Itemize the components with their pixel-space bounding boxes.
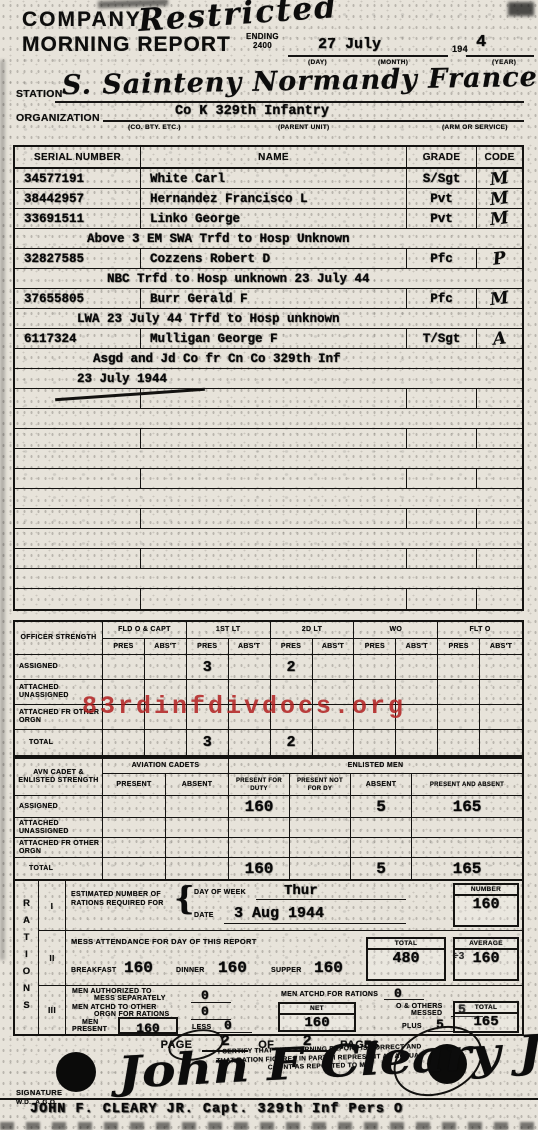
roster-row: 32827585 Cozzens Robert D Pfc P [15,249,522,269]
code-value: M [489,207,510,229]
column-group-flt-o: FLT O [438,622,522,639]
roster-row: 33691511 Linko George Pvt M [15,209,522,229]
number-label: NUMBER [455,885,517,896]
breakfast-value: 160 [124,959,153,977]
present-and-absent-header: PRESENT AND ABSENT [412,774,522,796]
enlisted-assigned-absent: 5 [351,796,412,818]
roster-remark-row: Above 3 EM SWA Trfd to Hosp Unknown [15,229,522,249]
org-sub-label-2: (PARENT UNIT) [278,124,329,131]
officer-assigned-1stlt-pres: 3 [187,655,229,680]
soldier-name: Hernandez Francisco L [150,192,308,206]
soldier-name: Burr Gerald F [150,292,248,306]
rations-part-ii-label: II [39,931,66,986]
empty-roster-row [15,409,522,429]
typed-signature-name: JOHN F. CLEARY JR. Capt. 329th Inf Pers … [30,1102,403,1117]
empty-roster-row [15,489,522,509]
supper-value: 160 [314,959,343,977]
site-watermark: 83rdinfdivdocs.org [82,692,406,721]
empty-roster-row [15,509,522,529]
net-label: NET [280,1004,354,1015]
roster-row: 38442957 Hernandez Francisco L Pvt M [15,189,522,209]
roster-remark-row: LWA 23 July 44 Trfd to Hosp unknown [15,309,522,329]
breakfast-label: BREAKFAST [71,967,116,975]
code-header: CODE [477,152,522,163]
ending-label-line2: 2400 [246,41,279,50]
enlisted-total-absent: 5 [351,858,412,879]
rations-date-value: 3 Aug 1944 [234,905,324,922]
roster-row: 34577191 White Carl S/Sgt M [15,169,522,189]
roster-header-row: SERIAL NUMBER NAME GRADE CODE [15,147,522,169]
serial-number: 6117324 [24,332,77,346]
organization-value: Co K 329th Infantry [175,104,329,119]
row-label-attached-unassigned: ATTACHED UNASSIGNED [15,818,103,838]
empty-roster-row [15,589,522,609]
date-label: DATE [194,912,214,920]
day-of-week-value: Thur [284,883,318,899]
enlisted-strength-table: AVN CADET & ENLISTED STRENGTH AVIATION C… [13,757,524,881]
number-box: NUMBER 160 [453,883,519,927]
empty-roster-row [15,469,522,489]
ending-label-line1: ENDING [246,32,279,41]
name-header: NAME [141,152,406,163]
mess-total-value: 480 [368,950,444,967]
soldier-name: White Carl [150,172,225,186]
remark-line: LWA 23 July 44 Trfd to Hosp unknown [15,312,340,326]
empty-roster-row [15,389,522,409]
grade-header: GRADE [407,152,476,163]
scan-smudge [508,2,534,16]
serial-number: 37655805 [24,292,84,306]
column-group-wo: WO [354,622,438,639]
signature-label: SIGNATURE [16,1088,62,1097]
year-prefix: 194 [452,44,468,54]
brace-glyph: { [174,879,195,917]
remark-line: Asgd and Jd Co fr Cn Co 329th Inf [15,352,341,366]
station-label: STATION [16,88,63,100]
abst-header: ABS'T [229,639,271,655]
org-sub-label-1: (CO. BTY. ETC.) [128,124,181,131]
rations-part-i: ESTIMATED NUMBER OF RATIONS REQUIRED FOR… [66,881,522,931]
mess-attendance-label: MESS ATTENDANCE FOR DAY OF THIS REPORT [71,937,257,946]
roster-remark-row: NBC Trfd to Hosp unknown 23 July 44 [15,269,522,289]
rations-part-i-label: I [39,881,66,931]
row-label-assigned: ASSIGNED [15,655,103,680]
empty-roster-row [15,529,522,549]
column-group-1st-lt: 1ST LT [187,622,271,639]
officer-total-1stlt-pres: 3 [187,730,229,755]
soldier-name: Mulligan George F [150,332,278,346]
form-title-line1: COMPANY [22,8,142,32]
enlisted-total-present-and-absent: 165 [412,858,522,879]
serial-number: 38442957 [24,192,84,206]
grade-value: Pfc [430,252,453,266]
absent-header: ABSENT [351,774,412,796]
grade-value: Pvt [430,212,453,226]
roster-remark-row: 23 July 1944 [15,369,522,389]
abst-header: ABS'T [145,639,187,655]
serial-number: 34577191 [24,172,84,186]
scan-edge [0,60,5,960]
net-value: 160 [280,1015,354,1031]
pres-header: PRES [271,639,313,655]
abst-header: ABS'T [313,639,355,655]
soldier-name: Linko George [150,212,240,226]
dow-underline [256,899,406,900]
atchd-for-rations-label: MEN ATCHD FOR RATIONS [281,991,378,999]
less-value: 0 [224,1018,232,1033]
roster-row: 37655805 Burr Gerald F Pfc M [15,289,522,309]
empty-roster-row [15,549,522,569]
present-not-for-duty-header: PRESENT NOT FOR DY [290,774,351,796]
mess-total-box: TOTAL 480 [366,937,446,981]
enlisted-assigned-present-for-duty: 160 [229,796,290,818]
signature-rule [0,1098,538,1100]
scan-bottom-smudge [0,1122,538,1130]
report-day-month: 27 July [318,36,381,53]
officer-total-2dlt-pres: 2 [271,730,313,755]
pres-header: PRES [354,639,396,655]
ending-label: ENDING 2400 [246,32,279,50]
row-label-total: TOTAL [15,730,103,755]
pres-header: PRES [187,639,229,655]
men-present-box: 160 [118,1017,178,1034]
average-box: AVERAGE 160 [453,937,519,981]
dinner-value: 160 [218,959,247,977]
net-box: NET 160 [278,1002,356,1032]
rations-part-ii: MESS ATTENDANCE FOR DAY OF THIS REPORT B… [66,931,522,986]
av-present-header: PRESENT [103,774,166,796]
pres-header: PRES [103,639,145,655]
serial-number: 32827585 [24,252,84,266]
pres-header: PRES [438,639,480,655]
serial-number-header: SERIAL NUMBER [15,152,140,163]
men-authorized-value: 0 [201,988,209,1003]
column-group-2d-lt: 2D LT [271,622,355,639]
remark-line: NBC Trfd to Hosp unknown 23 July 44 [15,272,370,286]
plus-label: PLUS [402,1023,422,1031]
station-value: S. Sainteny Normandy France [62,62,538,101]
rations-total-label: TOTAL [455,1003,517,1014]
enlisted-total-present-for-duty: 160 [229,858,290,879]
remark-line: Above 3 EM SWA Trfd to Hosp Unknown [15,232,350,246]
number-value: 160 [455,896,517,913]
report-year: 4 [476,33,486,52]
code-value: P [492,248,507,269]
grade-value: T/Sgt [423,332,461,346]
empty-roster-row [15,429,522,449]
date-underline2 [224,923,406,924]
remark-line: 23 July 1944 [15,372,167,386]
roster-remark-row: Asgd and Jd Co fr Cn Co 329th Inf [15,349,522,369]
supper-label: SUPPER [271,967,302,975]
column-group-enlisted-men: ENLISTED MEN [229,759,522,774]
day-of-week-label: DAY OF WEEK [194,889,246,897]
officer-strength-table: OFFICER STRENGTH FLD O & CAPT 1ST LT 2D … [13,620,524,757]
organization-underline [103,120,524,122]
punch-hole-left [56,1052,96,1092]
restricted-stamp: Restricted [137,0,339,39]
form-title-line2: MORNING REPORT [22,33,231,57]
enlisted-assigned-present-and-absent: 165 [412,796,522,818]
column-group-fld-o-capt: FLD O & CAPT [103,622,187,639]
officer-assigned-2dlt-pres: 2 [271,655,313,680]
grade-value: Pfc [430,292,453,306]
code-value: M [489,167,510,189]
roster-table: SERIAL NUMBER NAME GRADE CODE 34577191 W… [13,145,524,611]
year-underline [466,55,534,57]
row-label-total: TOTAL [15,858,103,879]
average-label: AVERAGE [455,939,517,950]
estimated-rations-label2: RATIONS REQUIRED FOR [71,900,164,908]
soldier-name: Cozzens Robert D [150,252,270,266]
rations-vertical-label: RATIONS [15,881,39,1034]
org-sub-label-3: (ARM OR SERVICE) [442,124,508,131]
abst-header: ABS'T [480,639,522,655]
row-label-attached-fr-other: ATTACHED FR OTHER ORGN [15,838,103,858]
mess-total-label: TOTAL [368,939,444,950]
grade-value: S/Sgt [423,172,461,186]
date-underline [288,55,448,57]
enlisted-strength-title: AVN CADET & ENLISTED STRENGTH [15,759,103,796]
column-group-aviation-cadets: AVIATION CADETS [103,759,229,774]
code-value: M [489,287,510,309]
present-for-duty-header: PRESENT FOR DUTY [229,774,290,796]
serial-number: 33691511 [24,212,84,226]
atchd-other-value: 0 [201,1004,209,1019]
empty-roster-row [15,569,522,589]
av-absent-header: ABSENT [166,774,229,796]
code-value: A [492,328,508,349]
empty-roster-row [15,449,522,469]
roster-row: 6117324 Mulligan George F T/Sgt A [15,329,522,349]
average-value: 160 [455,950,517,967]
station-underline [55,101,524,103]
officer-strength-title: OFFICER STRENGTH [15,622,103,655]
men-present-label2: PRESENT [72,1026,107,1034]
morning-report-document: COMPANY MORNING REPORT Restricted ENDING… [0,0,538,1130]
row-label-assigned: ASSIGNED [15,796,103,818]
organization-label: ORGANIZATION [16,112,100,124]
estimated-rations-label1: ESTIMATED NUMBER OF [71,891,161,899]
atchd-rations-underline [384,999,424,1000]
rations-section: RATIONS I ESTIMATED NUMBER OF RATIONS RE… [13,879,524,1036]
dinner-label: DINNER [176,967,205,975]
grade-value: Pvt [430,192,453,206]
code-value: M [489,187,510,209]
abst-header: ABS'T [396,639,438,655]
rations-part-iii-label: III [39,986,66,1034]
men-authorized-label2: MESS SEPARATELY [94,995,166,1003]
auth-underline [191,1002,231,1003]
